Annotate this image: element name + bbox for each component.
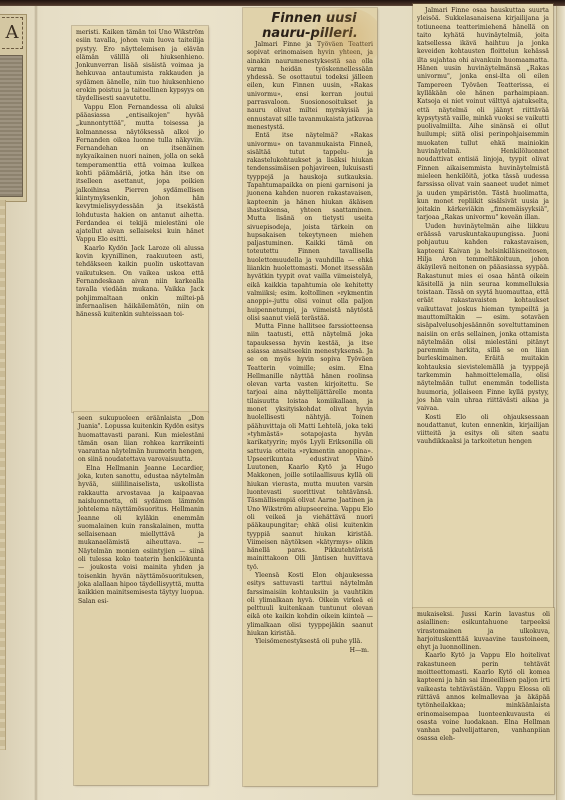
paragraph: Jalmari Finne ja Työväen Teatteri sopiva… — [247, 41, 373, 132]
paragraph: Mutta Finne hallitsee farssiotteensa nii… — [247, 323, 373, 572]
page-gutter — [34, 6, 38, 800]
paragraph: Kaarlo Kydön Jack Laroze oli alussa kovi… — [76, 245, 204, 320]
paragraph: seen sukupuoleen eräänlaista „Don Juania… — [78, 415, 204, 465]
review-clipping-1-part-2: seen sukupuoleen eräänlaista „Don Juania… — [74, 412, 208, 785]
paragraph: Vappu Elon Fernandessa oli aluksi pääasi… — [76, 104, 204, 245]
paragraph: Elna Hellmanin Jeanne Lecardier, joka, k… — [78, 465, 204, 606]
paragraph: mukaiseksi. Jussi Karin lavastus oli asi… — [417, 611, 550, 652]
review-clipping-2: Finnen uusi nauru-pilleri. Jalmari Finne… — [243, 8, 377, 786]
review-clipping-1-part-1: meristi. Kaiken tämän toi Uno Wikström e… — [72, 26, 208, 412]
left-text-strip — [0, 200, 6, 750]
paragraph: Yleensä Kosti Elon ohjauksessa esitys sa… — [247, 572, 373, 638]
paragraph: Kaarlo Kytö ja Vappu Elo hoitelivat raka… — [417, 652, 550, 743]
paragraph: Uuden huvinäytelmän aihe liikkuu eräässä… — [417, 223, 549, 414]
paragraph: Entä itse näytelmä? »Rakas univormu» on … — [247, 132, 373, 323]
paragraph: Jalmari Finne osaa hauskuttaa suurta yle… — [417, 7, 549, 223]
page-right-edge — [556, 6, 565, 800]
review-clipping-3-part-1: Jalmari Finne osaa hauskuttaa suurta yle… — [413, 4, 553, 608]
author-signature: H—m. — [247, 647, 373, 655]
review-clipping-3-part-2: mukaiseksi. Jussi Karin lavastus oli asi… — [413, 608, 554, 794]
paragraph: Yleisömenestyksestä oli puhe yllä. — [247, 638, 373, 646]
article-headline: Finnen uusi nauru-pilleri. — [247, 11, 373, 41]
paragraph: meristi. Kaiken tämän toi Uno Wikström e… — [76, 29, 204, 104]
clipping-heading-fragment: A — [2, 17, 23, 49]
newspaper-photo — [0, 55, 23, 197]
paragraph: Kosti Elo oli ohjauksessaan noudattanut,… — [417, 414, 549, 447]
left-photo-clipping: A — [0, 14, 27, 202]
